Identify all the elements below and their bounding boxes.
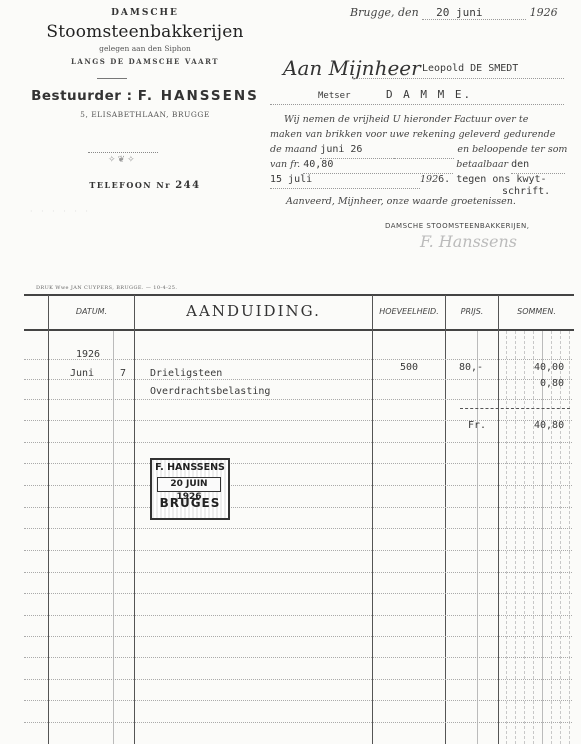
col-line-hoeveelheid-left (372, 295, 373, 744)
row-rule (24, 572, 572, 573)
datum-year: 1926 (76, 349, 100, 360)
header-hoeveelheid: HOEVEELHEID. (373, 296, 445, 326)
row2-amount: 0,80 (540, 378, 564, 389)
body-line-2: maken van brikken voor uwe rekening gele… (270, 127, 555, 143)
total-label: Fr. (468, 420, 486, 431)
col-line-datum-left (48, 295, 49, 744)
row1-day: 7 (120, 368, 126, 379)
body-line-1: Wij nemen de vrijheid U hieronder Factuu… (284, 112, 528, 128)
row-rule (24, 657, 572, 658)
row-rule (24, 679, 572, 680)
body-line-3-suffix: en beloopende ter som (457, 144, 567, 155)
letterhead-divider (97, 78, 127, 79)
date-year: 1926 (530, 6, 558, 19)
row-rule (24, 507, 572, 508)
row1-amount: 40,00 (534, 362, 564, 373)
city-dotline (270, 104, 564, 105)
body-line-4-suffix: betaalbaar (456, 159, 508, 170)
row1-price: 80,- (459, 362, 483, 373)
row-rule (24, 700, 572, 701)
row-rule (24, 379, 572, 380)
sommen-grid-line (524, 331, 525, 744)
total-amount: 40,80 (534, 420, 564, 431)
director: Bestuurder : F. HANSSENS (10, 88, 280, 104)
recipient-address: Metser D A M M E. (318, 88, 472, 101)
row-rule (24, 399, 572, 400)
row1-month: Juni (70, 368, 94, 379)
row-rule (24, 593, 572, 594)
header-datum: DATUM. (49, 296, 134, 326)
ornament-icon: ✧❦✧ (108, 155, 137, 165)
sommen-grid-line (569, 331, 570, 744)
col-line-aanduiding-left (134, 295, 135, 744)
recipient-name: Leopold DE SMEDT (422, 63, 518, 74)
sommen-grid-line (560, 331, 561, 744)
row-rule (24, 550, 572, 551)
row1-quantity: 500 (400, 362, 418, 373)
phone-number: 244 (175, 180, 200, 191)
company-waterway: LANGS DE DAMSCHE VAART (10, 57, 280, 66)
col-line-sommen-left (498, 295, 499, 744)
letter-date: Brugge, den 20 juni 1926 (350, 6, 558, 20)
company-name: Stoomsteenbakkerijen (10, 22, 280, 42)
sommen-grid-line (506, 331, 507, 744)
recipient-trade: Metser (318, 91, 351, 101)
row-rule (24, 359, 572, 360)
salutation: Aan Mijnheer (283, 56, 421, 80)
row-rule (24, 636, 572, 637)
row2-description: Overdrachtsbelasting (150, 386, 270, 397)
row-rule (24, 528, 572, 529)
body-line-4-prefix: van fr. (270, 159, 300, 170)
faded-bleedthrough: · · · · · · (30, 207, 91, 216)
table-header-rule (24, 329, 574, 331)
col-line-prijs-left (445, 295, 446, 744)
body-line-3-prefix: de maand (270, 144, 317, 155)
row-rule (24, 485, 572, 486)
closing: Aanveerd, Mijnheer, onze waarde groeteni… (286, 196, 516, 207)
row-rule (24, 420, 572, 421)
phone: TELEFOON Nr 244 (10, 180, 280, 191)
company-address: 5, ELISABETHLAAN, BRUGGE (10, 110, 280, 119)
row-rule (24, 442, 572, 443)
header-sommen: SOMMEN. (499, 296, 574, 326)
body-due-date: 15 juli (270, 172, 420, 189)
recipient-dotline (352, 78, 564, 79)
company-location: gelegen aan den Siphon (10, 44, 280, 53)
recipient-city: D A M M E. (386, 88, 472, 101)
sommen-grid-line (551, 331, 552, 744)
director-name: F. HANSSENS (138, 88, 259, 104)
header-aanduiding: AANDUIDING. (135, 296, 372, 326)
sommen-grid-line (542, 331, 543, 744)
ornament-divider (88, 152, 158, 153)
body-due-year-printed: 192 (420, 174, 438, 185)
printer-note: DRUK Wwe JAN CUYPERS, BRUGGE. — 10-4-25. (36, 285, 177, 291)
company-stamp: F. HANSSENS 20 JUIN 1926 BRUGES (150, 458, 230, 520)
stamp-date: 20 JUIN 1926 (157, 477, 221, 492)
row-rule (24, 463, 572, 464)
total-rule (460, 408, 570, 409)
sommen-grid-line (515, 331, 516, 744)
phone-label: TELEFOON Nr (89, 180, 171, 190)
header-prijs: PRIJS. (446, 296, 498, 326)
sommen-grid-line (533, 331, 534, 744)
stamp-line-1: F. HANSSENS (152, 462, 228, 473)
col-line-prijs-split (477, 331, 478, 744)
date-day-month: 20 juni (422, 6, 526, 20)
col-line-datum-split (113, 331, 114, 744)
stamp-city: BRUGES (152, 496, 228, 510)
place-prefix: Brugge, den (350, 6, 419, 19)
signature: F. Hanssens (420, 232, 517, 251)
letterhead-line1: DAMSCHE (10, 8, 280, 18)
director-label: Bestuurder : (31, 88, 132, 104)
row1-description: Drieligsteen (150, 368, 222, 379)
row-rule (24, 722, 572, 723)
signature-firm: DAMSCHE STOOMSTEENBAKKERIJEN, (385, 222, 530, 230)
row-rule (24, 615, 572, 616)
